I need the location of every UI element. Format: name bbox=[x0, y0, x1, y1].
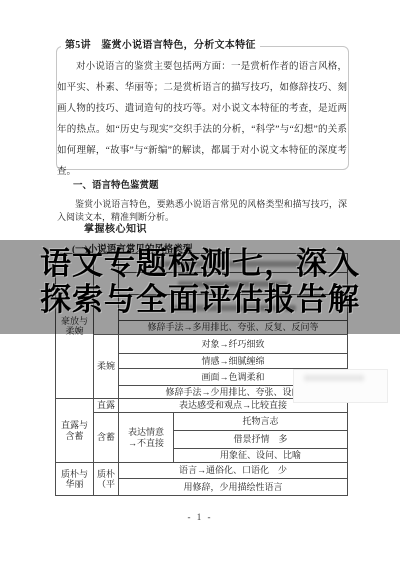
trait-cell: 托物言志 bbox=[174, 413, 348, 431]
trait-cell: 用修辞，少用描绘性语言 bbox=[119, 479, 348, 496]
trait-cell: 借景抒情 多 bbox=[174, 431, 348, 449]
table-row: 柔婉 对象→纤巧细致 bbox=[56, 335, 348, 354]
table-row: 含蓄 表达情意 →不直接 托物言志 bbox=[56, 413, 348, 431]
subcategory-cell: 柔婉 bbox=[94, 335, 119, 399]
blank-patch bbox=[293, 369, 388, 403]
category-cell: 直露与 含蓄 bbox=[56, 399, 94, 463]
trait-cell: 语言→通俗化、口语化 少 bbox=[119, 463, 348, 479]
subcategory-cell: 直露 bbox=[94, 399, 119, 413]
trait-cell: 用象征、设问、比喻 bbox=[174, 449, 348, 463]
trait-cell: 情感→细腻缠绵 bbox=[119, 354, 348, 369]
lead-cell: 表达情意 →不直接 bbox=[119, 413, 174, 463]
subcategory-cell: 含蓄 bbox=[94, 413, 119, 463]
overlay-banner: 语文专题检测七，深入 探索与全面评估报告解 bbox=[0, 240, 400, 334]
blank-patch-smudge bbox=[304, 375, 364, 381]
overlay-headline: 语文专题检测七，深入 探索与全面评估报告解 bbox=[0, 246, 400, 318]
trait-cell: 对象→纤巧细致 bbox=[119, 335, 348, 354]
subcategory-cell: 质朴 （平 bbox=[94, 463, 119, 496]
lecture-title: 第5讲 鉴赏小说语言特色，分析文本特征 bbox=[61, 39, 260, 53]
category-cell: 质朴与 华丽 bbox=[56, 463, 94, 496]
table-row: 质朴与 华丽 质朴 （平 语言→通俗化、口语化 少 bbox=[56, 463, 348, 479]
overlay-headline-line2: 探索与全面评估报告解 bbox=[0, 282, 400, 318]
document-page: 第5讲 鉴赏小说语言特色，分析文本特征 对小说语言的鉴赏主要包括两方面：一是赏析… bbox=[0, 0, 400, 565]
core-knowledge-heading: 掌握核心知识 bbox=[84, 220, 147, 235]
overlay-headline-line1: 语文专题检测七，深入 bbox=[0, 246, 400, 282]
lecture-intro-paragraph: 对小说语言的鉴赏主要包括两方面：一是赏析作者的语言风格，如平实、朴素、华丽等；二… bbox=[57, 57, 347, 183]
page-number: - 1 - bbox=[0, 512, 400, 522]
